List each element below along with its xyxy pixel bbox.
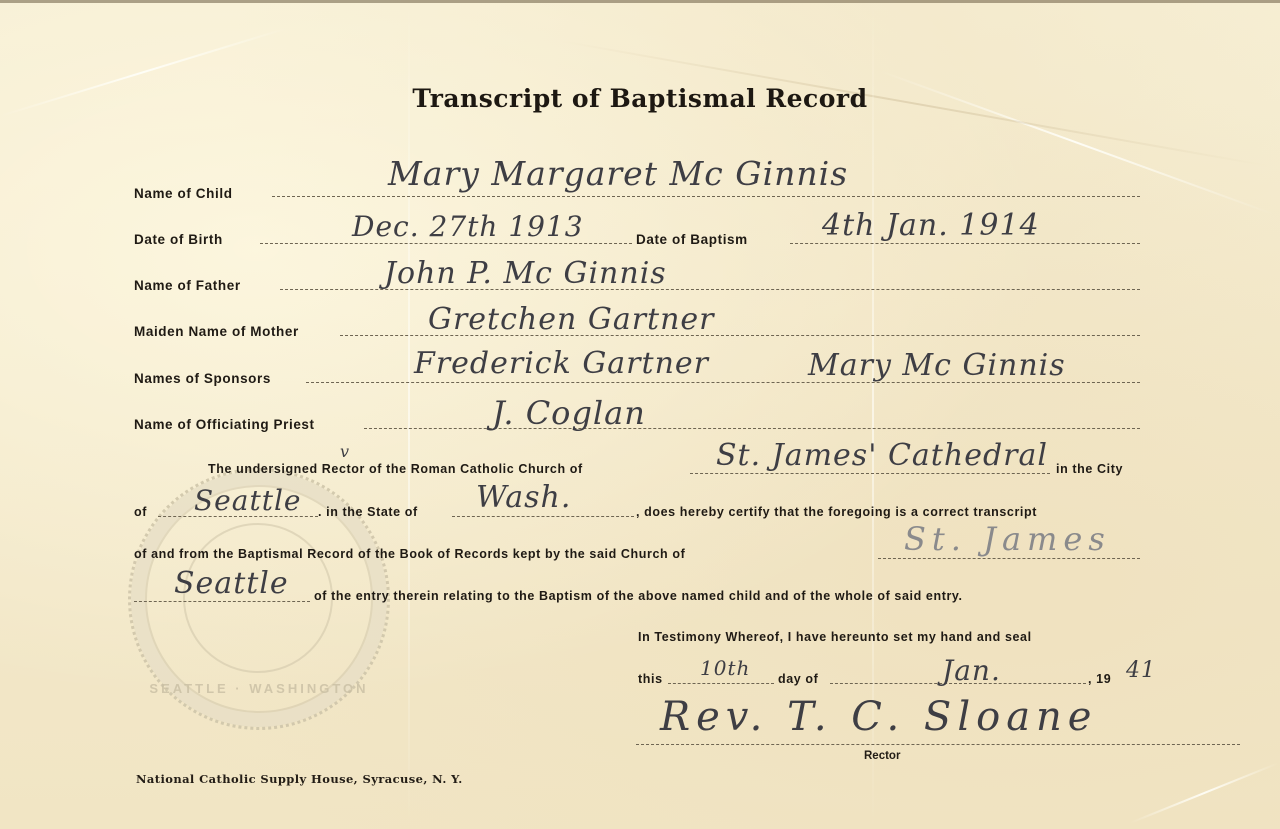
city2-line (134, 601, 310, 602)
father-value: John P. Mc Ginnis (384, 256, 667, 291)
month-value: Jan. (942, 654, 1001, 687)
testimony-text: In Testimony Whereof, I have hereunto se… (638, 630, 1032, 644)
vertical-fold (408, 0, 410, 829)
cert-line3: of and from the Baptismal Record of the … (134, 547, 685, 561)
rector-label: Rector (864, 750, 900, 762)
father-label: Name of Father (134, 278, 241, 293)
baptism-label: Date of Baptism (636, 232, 748, 247)
priest-line (364, 428, 1140, 429)
insertion-mark: v (340, 442, 350, 461)
child-line (272, 196, 1140, 197)
priest-label: Name of Officiating Priest (134, 417, 315, 432)
baptism-line (790, 243, 1140, 244)
year-value: 41 (1126, 658, 1156, 683)
state-value: Wash. (476, 480, 571, 515)
birth-line (260, 243, 632, 244)
sponsors-label: Names of Sponsors (134, 371, 271, 386)
mother-label: Maiden Name of Mother (134, 324, 299, 339)
state-line (452, 516, 634, 517)
document-title: Transcript of Baptismal Record (0, 84, 1280, 113)
birth-value: Dec. 27th 1913 (352, 210, 584, 243)
day-of-label: day of (778, 672, 818, 686)
printer-imprint: National Catholic Supply House, Syracuse… (136, 772, 463, 786)
year-prefix: , 19 (1088, 672, 1111, 686)
day-line (668, 683, 774, 684)
cert-line2-state: . in the State of (318, 505, 418, 519)
mother-value: Gretchen Gartner (428, 302, 715, 337)
day-value: 10th (700, 656, 750, 680)
paper-top-edge (0, 0, 1280, 3)
city2-value: Seattle (174, 566, 289, 601)
sponsor2-value: Mary Mc Ginnis (808, 348, 1066, 383)
rector-signature: Rev. T. C. Sloane (660, 694, 1097, 740)
church2-line (878, 558, 1140, 559)
church-value: St. James' Cathedral (716, 438, 1048, 473)
priest-value: J. Coglan (492, 394, 646, 432)
church2-value: St. James (904, 520, 1111, 558)
city-value: Seattle (194, 484, 301, 517)
birth-label: Date of Birth (134, 232, 223, 247)
baptism-value: 4th Jan. 1914 (822, 208, 1040, 243)
child-label: Name of Child (134, 186, 233, 201)
cert-line4: of the entry therein relating to the Bap… (314, 589, 963, 603)
child-value: Mary Margaret Mc Ginnis (388, 154, 848, 193)
this-label: this (638, 672, 663, 686)
cert-line1: The undersigned Rector of the Roman Cath… (208, 462, 583, 476)
cert-line2-of: of (134, 505, 147, 519)
sponsor1-value: Frederick Gartner (414, 346, 709, 381)
seal-text: SEATTLE · WASHINGTON (131, 681, 387, 696)
cert-line2-end: , does hereby certify that the foregoing… (636, 505, 1037, 519)
cert-line1-end: in the City (1056, 462, 1123, 476)
signature-line (636, 744, 1240, 745)
church-line (690, 473, 1050, 474)
